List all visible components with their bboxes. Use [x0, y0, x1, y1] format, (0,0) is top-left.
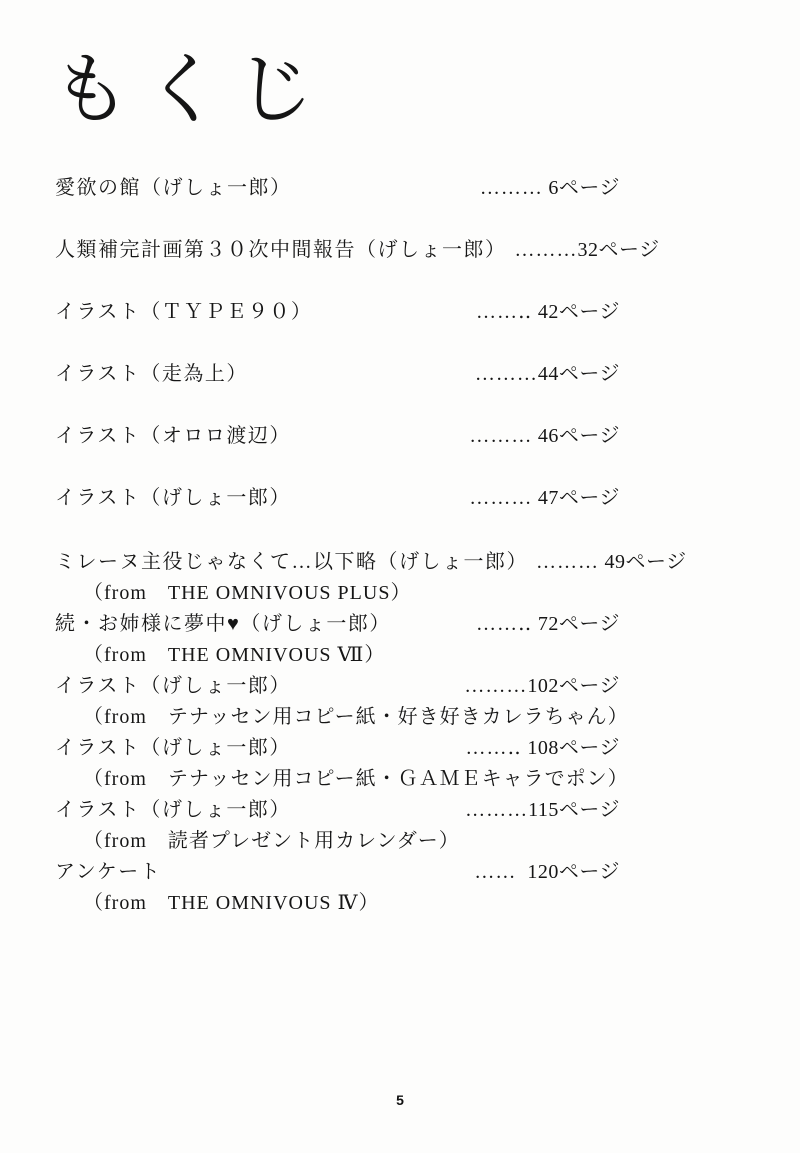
footer-page-number: 5 — [0, 1092, 800, 1108]
dot-leader: ……‥ — [476, 301, 532, 323]
toc-entry: アンケート …… 120ページ — [55, 857, 620, 888]
entry-title: ミレーヌ主役じゃなくて…以下略（げしょ一郎） — [55, 547, 528, 578]
dot-leader: ……… — [465, 799, 528, 821]
entry-source-note: （from THE OMNIVOUS PLUS） — [55, 578, 620, 609]
entry-page-number: 46ページ — [532, 425, 620, 447]
entry-page-number: 102ページ — [527, 675, 620, 697]
dot-leader: ……‥ — [466, 737, 522, 759]
entry-title: イラスト（走為上） — [55, 361, 248, 388]
entry-source-note: （from テナッセン用コピー紙・ＧＡＭＥキャラでポン） — [55, 764, 620, 795]
entry-page-number: 72ページ — [532, 613, 620, 635]
leader-group: …… 120ページ — [466, 857, 620, 888]
entry-page-number: 49ページ — [599, 551, 687, 573]
toc-entry: イラスト（げしょ一郎） ………102ページ — [55, 671, 620, 702]
toc-entry: 続・お姉様に夢中♥（げしょ一郎） ……‥ 72ページ — [55, 609, 620, 640]
entry-title: 人類補完計画第３０次中間報告（げしょ一郎） — [55, 237, 507, 264]
toc-entry: イラスト（オロロ渡辺） ……… 46ページ — [55, 423, 620, 450]
leader-group: ……… 46ページ — [461, 423, 620, 450]
entry-source-note: （from THE OMNIVOUS Ⅶ） — [55, 640, 620, 671]
entry-page-number: 108ページ — [522, 737, 620, 759]
leader-group: ……‥ 108ページ — [458, 733, 620, 764]
entry-page-number: 47ページ — [532, 487, 620, 509]
leader-group: ……… 49ページ — [528, 547, 687, 578]
dot-leader: ……… — [515, 239, 578, 261]
toc-packed-section: ミレーヌ主役じゃなくて…以下略（げしょ一郎） ……… 49ページ （from T… — [55, 547, 620, 919]
toc-entry: イラスト（げしょ一郎） ……… 47ページ — [55, 485, 620, 512]
toc-entry: 人類補完計画第３０次中間報告（げしょ一郎） ………32ページ — [55, 237, 620, 264]
toc-entry: 愛欲の館（げしょ一郎） ……… 6ページ — [55, 175, 620, 202]
entry-page-number: 44ページ — [538, 363, 620, 385]
leader-group: ………32ページ — [507, 237, 660, 264]
entry-source-note: （from 読者プレゼント用カレンダー） — [55, 826, 620, 857]
entry-source-note: （from THE OMNIVOUS Ⅳ） — [55, 888, 620, 919]
dot-leader: ……… — [536, 551, 599, 573]
entry-title: イラスト（ＴＹＰＥ９０） — [55, 299, 312, 326]
toc-entry: イラスト（ＴＹＰＥ９０） ……‥ 42ページ — [55, 299, 620, 326]
entry-title: 続・お姉様に夢中♥（げしょ一郎） — [55, 609, 391, 640]
entry-title: イラスト（オロロ渡辺） — [55, 423, 291, 450]
dot-leader: ……… — [464, 675, 527, 697]
entry-title: イラスト（げしょ一郎） — [55, 485, 291, 512]
entry-title: アンケート — [55, 857, 161, 888]
toc-entry: ミレーヌ主役じゃなくて…以下略（げしょ一郎） ……… 49ページ — [55, 547, 620, 578]
entry-title: イラスト（げしょ一郎） — [55, 795, 291, 826]
toc-list: 愛欲の館（げしょ一郎） ……… 6ページ 人類補完計画第３０次中間報告（げしょ一… — [55, 175, 620, 919]
leader-group: ………44ページ — [467, 361, 620, 388]
entry-title: イラスト（げしょ一郎） — [55, 671, 291, 702]
dot-leader: ……… — [480, 177, 543, 199]
scanned-toc-page: もくじ 愛欲の館（げしょ一郎） ……… 6ページ 人類補完計画第３０次中間報告（… — [0, 0, 800, 1153]
leader-group: ………102ページ — [456, 671, 620, 702]
toc-entry: イラスト（走為上） ………44ページ — [55, 361, 620, 388]
entry-page-number: 32ページ — [578, 239, 660, 261]
leader-group: ……… 6ページ — [472, 175, 620, 202]
leader-group: ……‥ 72ページ — [468, 609, 620, 640]
entry-title: イラスト（げしょ一郎） — [55, 733, 291, 764]
leader-group: ……… 47ページ — [461, 485, 620, 512]
entry-source-note: （from テナッセン用コピー紙・好き好きカレラちゃん） — [55, 702, 620, 733]
leader-group: ……‥ 42ページ — [468, 299, 620, 326]
dot-leader: …… — [474, 861, 516, 883]
dot-leader: ……‥ — [476, 613, 532, 635]
dot-leader: ……… — [469, 425, 532, 447]
dot-leader: ……… — [475, 363, 538, 385]
entry-page-number: 120ページ — [516, 861, 620, 883]
entry-page-number: 6ページ — [543, 177, 620, 199]
toc-entry: イラスト（げしょ一郎） ………115ページ — [55, 795, 620, 826]
entry-page-number: 42ページ — [532, 301, 620, 323]
entry-page-number: 115ページ — [528, 799, 620, 821]
entry-title: 愛欲の館（げしょ一郎） — [55, 175, 292, 202]
leader-group: ………115ページ — [457, 795, 620, 826]
dot-leader: ……… — [469, 487, 532, 509]
toc-entry: イラスト（げしょ一郎） ……‥ 108ページ — [55, 733, 620, 764]
page-title: もくじ — [0, 0, 800, 133]
